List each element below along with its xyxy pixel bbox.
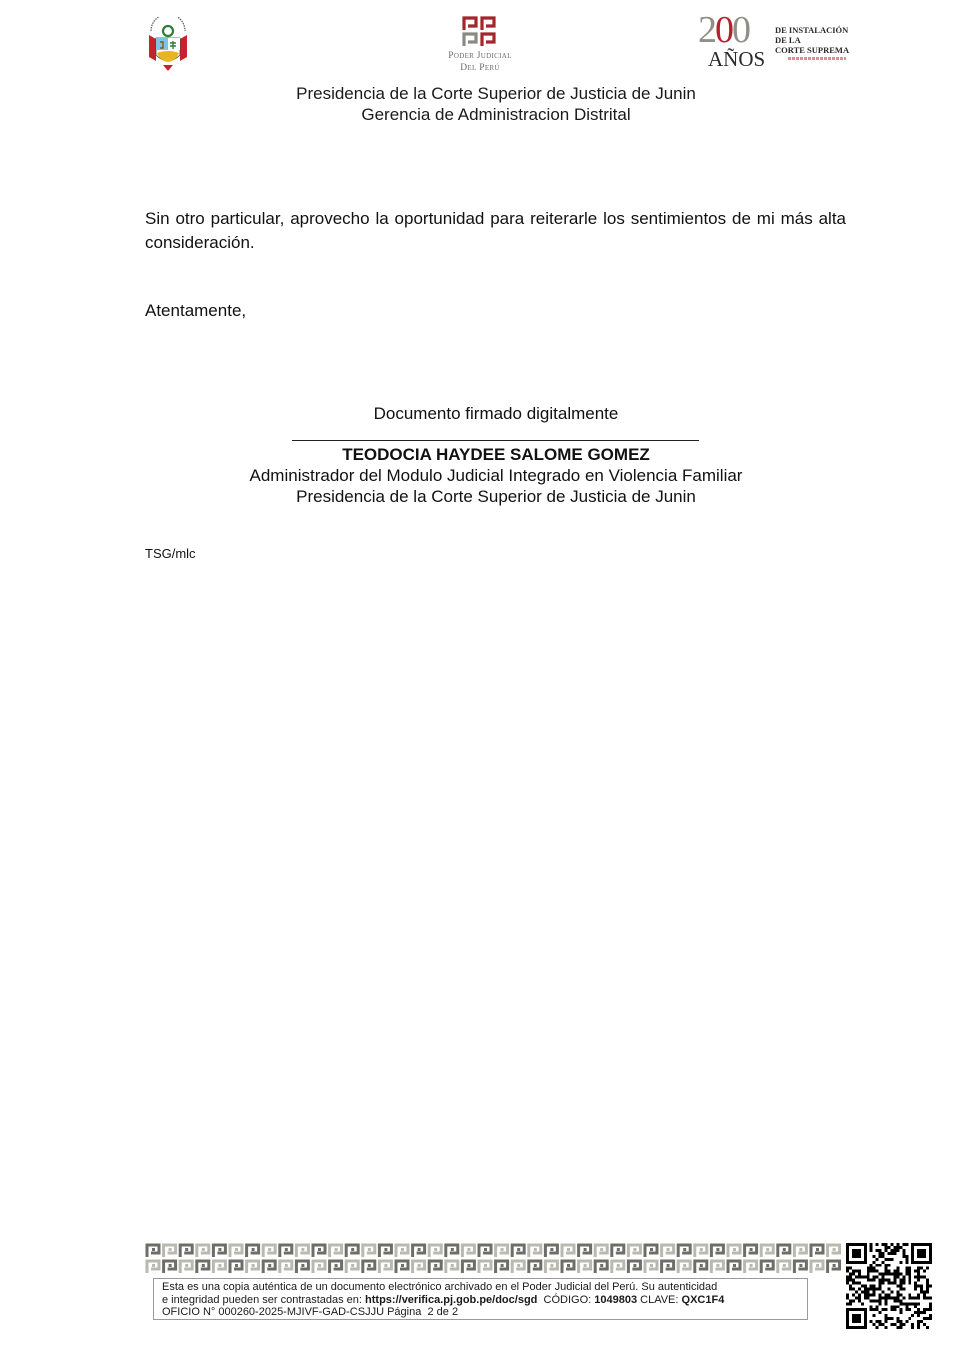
judicial-logo-line2: Del Perú bbox=[440, 63, 520, 73]
judicial-logo-line1: Poder Judicial bbox=[440, 51, 520, 61]
digital-signature-note: Documento firmado digitalmente bbox=[0, 403, 962, 424]
verification-qr-code-icon bbox=[845, 1243, 933, 1329]
bicentennial-date-mark bbox=[788, 57, 846, 60]
authenticity-notice: Esta es una copia auténtica de un docume… bbox=[153, 1278, 808, 1320]
bicentennial-number: 200 bbox=[698, 10, 749, 50]
signature-line bbox=[292, 440, 699, 441]
peru-coat-of-arms-icon bbox=[143, 17, 193, 75]
document-id: OFICIO N° 000260-2025-MJIVF-GAD-CSJJU bbox=[162, 1306, 384, 1318]
salutation: Atentamente, bbox=[145, 301, 246, 321]
page-total: 2 bbox=[452, 1306, 458, 1318]
reference-initials: TSG/mlc bbox=[145, 546, 196, 561]
department-header: Gerencia de Administracion Distrital bbox=[0, 105, 962, 125]
signer-name: TEODOCIA HAYDEE SALOME GOMEZ bbox=[0, 444, 962, 465]
signer-role: Administrador del Modulo Judicial Integr… bbox=[0, 465, 962, 486]
poder-judicial-logo-icon bbox=[461, 15, 499, 49]
bicentennial-years: AÑOS bbox=[708, 48, 765, 70]
signer-organization: Presidencia de la Corte Superior de Just… bbox=[0, 486, 962, 507]
page-current: 2 bbox=[427, 1306, 433, 1318]
closing-paragraph: Sin otro particular, aprovecho la oportu… bbox=[145, 207, 846, 255]
pj-pattern-strip-icon bbox=[145, 1243, 841, 1275]
bicentennial-text: DE INSTALACIÓN DE LA CORTE SUPREMA bbox=[775, 25, 849, 55]
notice-line-1: Esta es una copia auténtica de un docume… bbox=[162, 1281, 799, 1294]
verification-code: 1049803 bbox=[594, 1294, 637, 1306]
institution-header: Presidencia de la Corte Superior de Just… bbox=[0, 84, 962, 104]
200-anos-logo-icon: 200 AÑOS DE INSTALACIÓN DE LA CORTE SUPR… bbox=[698, 16, 858, 72]
notice-line-2: e integridad pueden ser contrastadas en:… bbox=[162, 1294, 799, 1307]
notice-line-3: OFICIO N° 000260-2025-MJIVF-GAD-CSJJU Pá… bbox=[162, 1306, 799, 1319]
verify-link[interactable]: https://verifica.pj.gob.pe/doc/sgd bbox=[365, 1294, 537, 1306]
verification-key: QXC1F4 bbox=[682, 1294, 725, 1306]
poder-judicial-logo: Poder Judicial Del Perú bbox=[440, 15, 520, 75]
